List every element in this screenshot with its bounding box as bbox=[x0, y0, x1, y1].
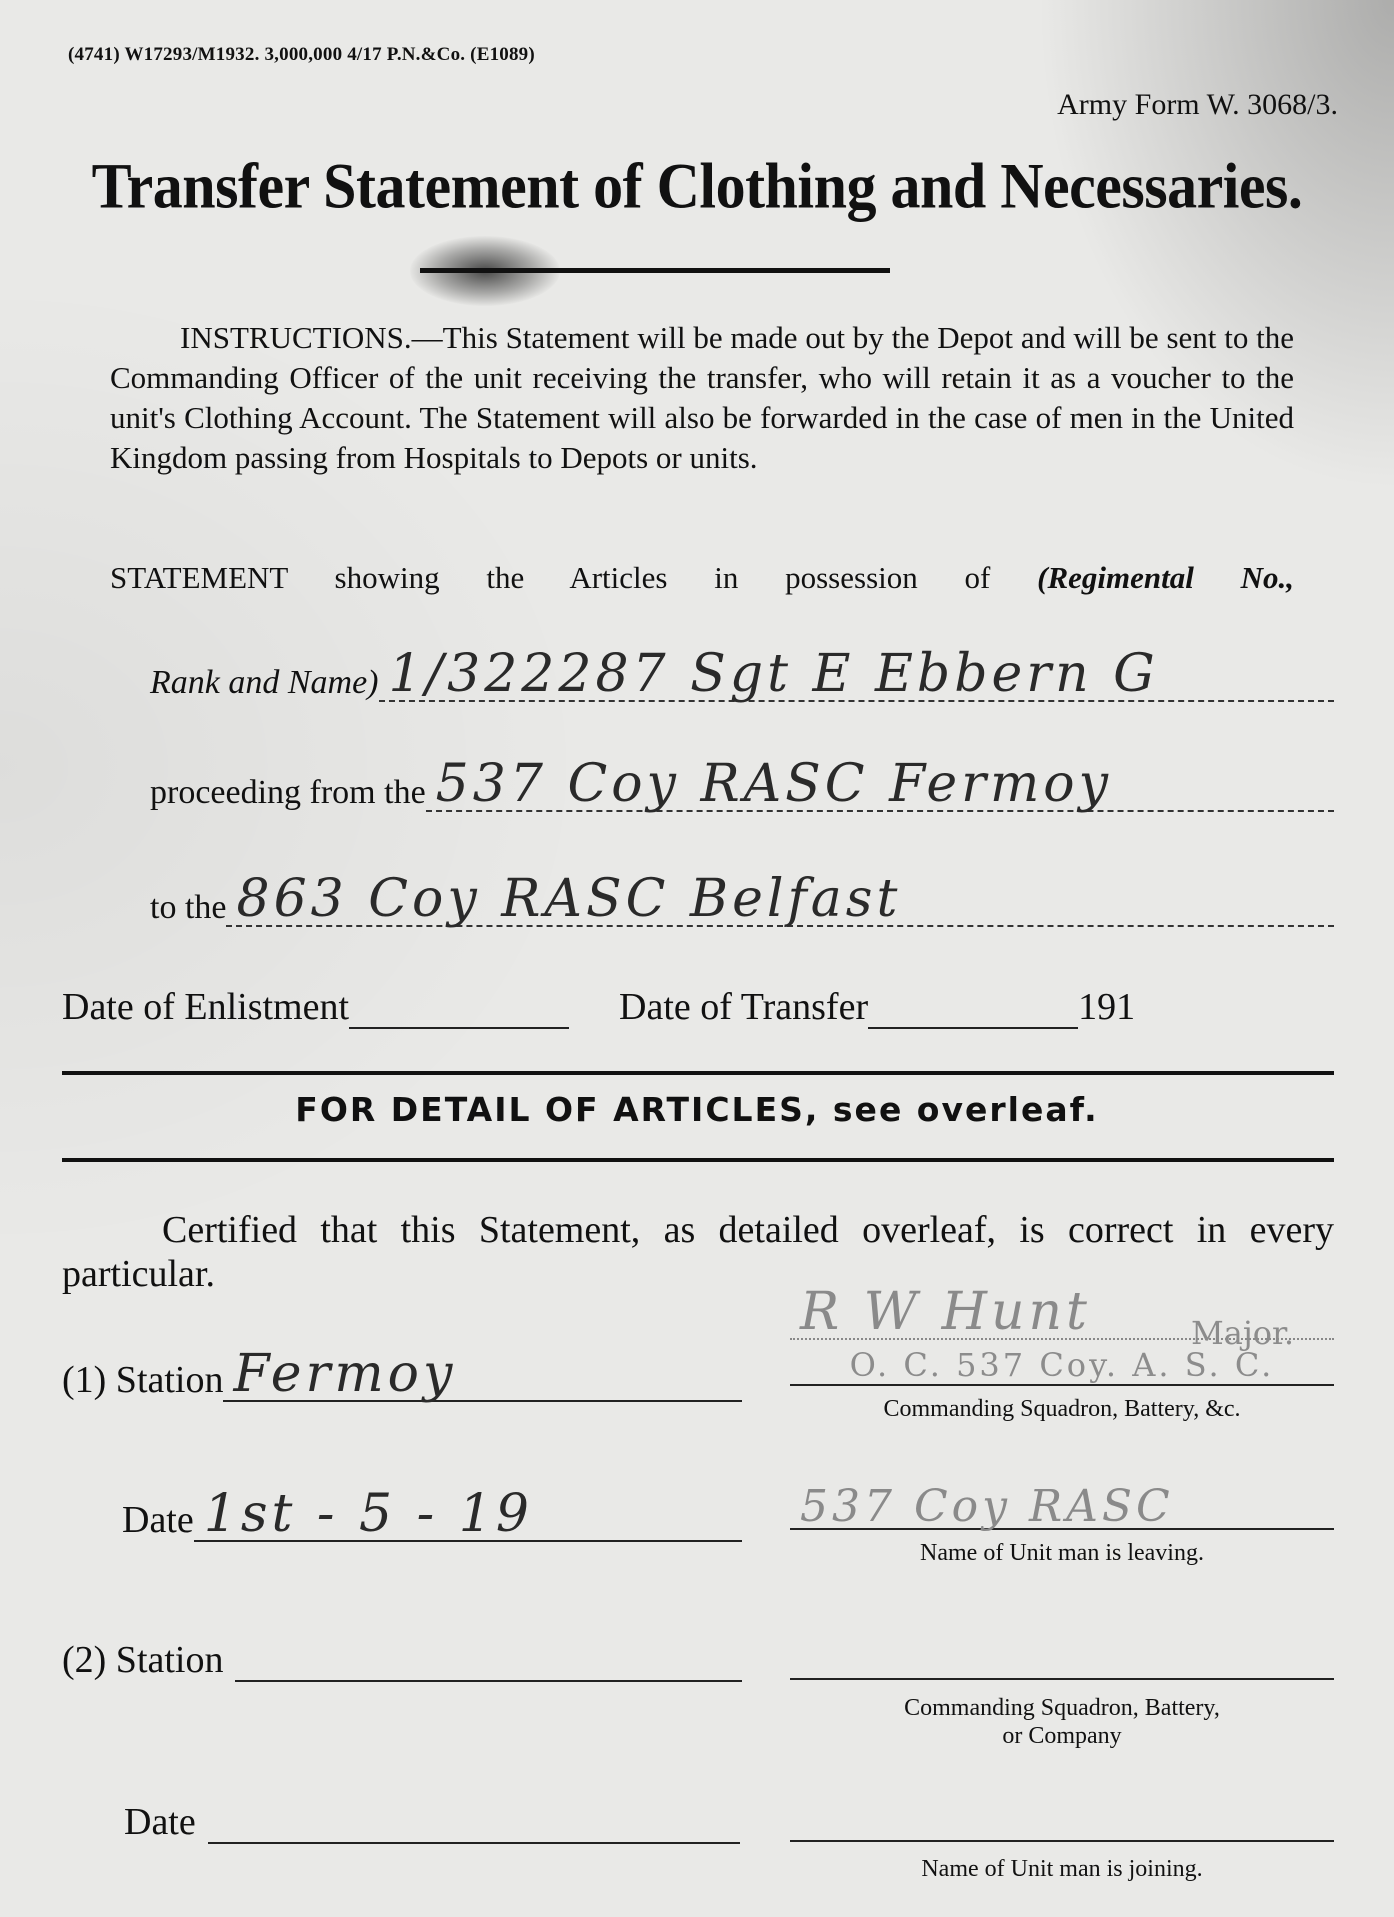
form-number: Army Form W. 3068/3. bbox=[1057, 88, 1338, 122]
section1-signature-block: R W Hunt Major. O. C. 537 Coy. A. S. C. … bbox=[790, 1278, 1334, 1423]
statement-regimental-label: (Regimental No., bbox=[1037, 560, 1294, 595]
to-the-row: to the 863 Coy RASC Belfast bbox=[150, 885, 1334, 927]
stamp-rank: Major. bbox=[1191, 1314, 1294, 1352]
proceeding-from-row: proceeding from the 537 Coy RASC Fermoy bbox=[150, 770, 1334, 812]
statement-line: STATEMENT showing the Articles in posses… bbox=[110, 560, 1294, 596]
section2-station-label: (2) Station bbox=[62, 1638, 223, 1682]
statement-text: STATEMENT showing the Articles in posses… bbox=[110, 560, 990, 595]
to-the-label: to the bbox=[150, 889, 226, 927]
section2-date-label: Date bbox=[124, 1800, 196, 1844]
rank-and-name-value: 1/322287 Sgt E Ebbern G bbox=[389, 644, 1159, 704]
section1-station-field[interactable]: Fermoy bbox=[223, 1360, 742, 1402]
print-reference: (4741) W17293/M1932. 3,000,000 4/17 P.N.… bbox=[68, 44, 535, 66]
section2-unit-joining-block: Name of Unit man is joining. bbox=[790, 1800, 1334, 1883]
section1-date-label: Date bbox=[122, 1498, 194, 1542]
rank-and-name-label: Rank and Name) bbox=[150, 664, 379, 702]
title-divider bbox=[420, 268, 890, 273]
section2-date-field[interactable] bbox=[208, 1802, 740, 1844]
dates-row: Date of Enlistment Date of Transfer 191 bbox=[62, 985, 1334, 1029]
section2-signature-field[interactable] bbox=[790, 1638, 1334, 1680]
section1-unit-leaving-caption: Name of Unit man is leaving. bbox=[790, 1540, 1334, 1567]
section2-station-row: (2) Station bbox=[62, 1638, 742, 1682]
date-of-enlistment-label: Date of Enlistment bbox=[62, 985, 349, 1029]
section1-date-row: Date 1st - 5 - 19 bbox=[122, 1498, 742, 1542]
section1-station-label: (1) Station bbox=[62, 1358, 223, 1402]
proceeding-from-label: proceeding from the bbox=[150, 774, 426, 812]
section2-signature-block: Commanding Squadron, Battery, or Company bbox=[790, 1638, 1334, 1750]
date-of-enlistment-field[interactable] bbox=[349, 987, 569, 1029]
proceeding-from-field[interactable]: 537 Coy RASC Fermoy bbox=[426, 770, 1334, 812]
date-of-transfer-field[interactable] bbox=[868, 987, 1078, 1029]
to-the-value: 863 Coy RASC Belfast bbox=[236, 869, 901, 929]
section1-signature-field[interactable]: R W Hunt Major. bbox=[790, 1278, 1334, 1340]
section2-date-row: Date bbox=[124, 1800, 740, 1844]
section1-date-value: 1st - 5 - 19 bbox=[204, 1484, 533, 1544]
section1-signature-caption: Commanding Squadron, Battery, &c. bbox=[790, 1396, 1334, 1423]
rank-and-name-field[interactable]: 1/322287 Sgt E Ebbern G bbox=[379, 660, 1334, 702]
date-of-transfer-label: Date of Transfer bbox=[619, 985, 868, 1029]
proceeding-from-value: 537 Coy RASC Fermoy bbox=[436, 754, 1112, 814]
section1-signature-value: R W Hunt bbox=[800, 1282, 1091, 1342]
section-divider-top bbox=[62, 1071, 1334, 1075]
section2-signature-caption: Commanding Squadron, Battery, or Company bbox=[892, 1694, 1232, 1750]
section1-signature-rule bbox=[790, 1384, 1334, 1386]
instructions-label: INSTRUCTIONS. bbox=[180, 320, 412, 355]
section1-unit-leaving-block: 537 Coy RASC Name of Unit man is leaving… bbox=[790, 1488, 1334, 1567]
page-title: Transfer Statement of Clothing and Neces… bbox=[0, 149, 1394, 224]
section1-date-field[interactable]: 1st - 5 - 19 bbox=[194, 1500, 742, 1542]
overleaf-notice: FOR DETAIL OF ARTICLES, see overleaf. bbox=[0, 1090, 1394, 1129]
to-the-field[interactable]: 863 Coy RASC Belfast bbox=[226, 885, 1334, 927]
section2-unit-joining-caption: Name of Unit man is joining. bbox=[790, 1856, 1334, 1883]
section1-unit-leaving-value: 537 Coy RASC bbox=[800, 1481, 1174, 1532]
section1-station-row: (1) Station Fermoy bbox=[62, 1358, 742, 1402]
section2-station-field[interactable] bbox=[235, 1640, 742, 1682]
section1-unit-leaving-field[interactable]: 537 Coy RASC bbox=[790, 1488, 1334, 1530]
section2-unit-joining-field[interactable] bbox=[790, 1800, 1334, 1842]
date-of-transfer-year: 191 bbox=[1078, 985, 1135, 1029]
section1-station-value: Fermoy bbox=[233, 1344, 456, 1404]
instructions-paragraph: INSTRUCTIONS.—This Statement will be mad… bbox=[110, 318, 1294, 478]
rank-and-name-row: Rank and Name) 1/322287 Sgt E Ebbern G bbox=[150, 660, 1334, 702]
section-divider-bottom bbox=[62, 1158, 1334, 1162]
